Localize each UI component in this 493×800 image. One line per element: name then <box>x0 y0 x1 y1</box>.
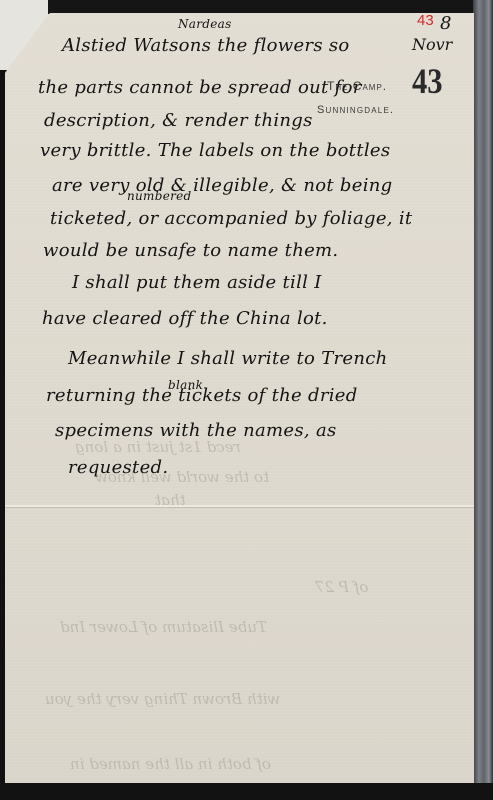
frame-bottom <box>0 783 493 800</box>
frame-left <box>0 70 5 800</box>
letter-line: ticketed, or accompanied by foliage, it <box>50 208 412 229</box>
date-month: Novr <box>412 35 452 54</box>
letter-line: requested. <box>68 457 168 478</box>
letter-line: very brittle. The labels on the bottles <box>40 140 390 161</box>
letterhead-address-line2: Sunningdale. <box>317 104 394 116</box>
letter-line: would be unsafe to name them. <box>43 240 338 261</box>
bleed-through-text: that <box>155 491 186 509</box>
letter-line: Alstied Watsons the flowers so <box>62 35 350 56</box>
letter-line: specimens with the names, as <box>55 420 337 441</box>
interlinear-addition: Nardeas <box>178 17 232 31</box>
letter-line: are very old & illegible, & not being <box>52 175 392 196</box>
bleed-through-text: with Brown Thing very the you <box>45 690 280 708</box>
mount-strip-right <box>473 0 493 800</box>
letter-line: I shall put them aside till I <box>72 272 322 293</box>
letter-line: returning the tickets of the dried <box>46 385 358 406</box>
letter-line: the parts cannot be spread out for <box>38 77 362 98</box>
fold-line <box>5 505 474 507</box>
bleed-through-text: of P 27 <box>315 578 368 596</box>
bleed-through-text: of both in all the named in <box>70 755 271 773</box>
date-day: 8 <box>440 13 451 34</box>
bleed-through-text: Tube Ilisatum of Lower Ind <box>60 618 267 636</box>
letter-line: Meanwhile I shall write to Trench <box>68 348 388 369</box>
red-folio-number: 43 <box>417 12 434 29</box>
letter-line: have cleared off the China lot. <box>42 308 328 329</box>
printed-folio-number: 43 <box>412 60 443 102</box>
letter-line: description, & render things <box>44 110 313 131</box>
